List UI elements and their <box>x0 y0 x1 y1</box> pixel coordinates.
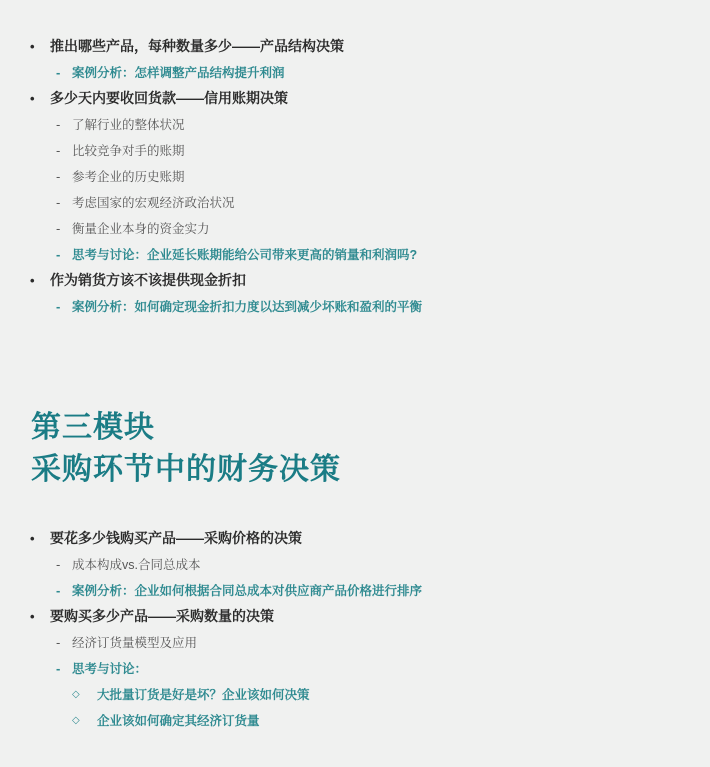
outline-item-text: 经济订货量模型及应用 <box>72 633 197 651</box>
outline-item: •多少天内要收回货款——信用账期决策 <box>0 85 710 111</box>
bottom-outline-list: •要花多少钱购买产品——采购价格的决策-成本构成vs.合同总成本-案例分析：企业… <box>0 525 710 733</box>
bullet-icon: • <box>30 609 50 624</box>
diamond-icon: ◇ <box>72 689 97 700</box>
outline-item: •要购买多少产品——采购数量的决策 <box>0 603 710 629</box>
outline-item: -了解行业的整体状况 <box>0 111 710 137</box>
outline-item: ◇大批量订货是好是坏？企业该如何决策 <box>0 681 710 707</box>
outline-item: ◇企业该如何确定其经济订货量 <box>0 707 710 733</box>
document-page: •推出哪些产品，每种数量多少——产品结构决策-案例分析：怎样调整产品结构提升利润… <box>0 0 710 767</box>
outline-item: -案例分析：怎样调整产品结构提升利润 <box>0 59 710 85</box>
outline-item-text: 要花多少钱购买产品——采购价格的决策 <box>50 528 302 548</box>
dash-icon: - <box>56 221 72 236</box>
dash-icon: - <box>56 583 72 598</box>
module-heading: 第三模块 采购环节中的财务决策 <box>0 407 710 491</box>
dash-icon: - <box>56 247 72 262</box>
outline-item-text: 多少天内要收回货款——信用账期决策 <box>50 88 288 108</box>
outline-item: •推出哪些产品，每种数量多少——产品结构决策 <box>0 33 710 59</box>
outline-item-text: 成本构成vs.合同总成本 <box>72 555 200 573</box>
outline-item: -参考企业的历史账期 <box>0 163 710 189</box>
outline-item-text: 作为销货方该不该提供现金折扣 <box>50 270 246 290</box>
outline-item: -思考与讨论： <box>0 655 710 681</box>
dash-icon: - <box>56 143 72 158</box>
outline-item-text: 参考企业的历史账期 <box>72 167 185 185</box>
outline-item: -案例分析：企业如何根据合同总成本对供应商产品价格进行排序 <box>0 577 710 603</box>
dash-icon: - <box>56 117 72 132</box>
outline-item-text: 思考与讨论：企业延长账期能给公司带来更高的销量和利润吗? <box>72 245 417 263</box>
outline-item-text: 推出哪些产品，每种数量多少——产品结构决策 <box>50 36 344 56</box>
outline-item-text: 案例分析：如何确定现金折扣力度以达到减少坏账和盈利的平衡 <box>72 297 422 315</box>
outline-item-text: 要购买多少产品——采购数量的决策 <box>50 606 274 626</box>
bullet-icon: • <box>30 531 50 546</box>
dash-icon: - <box>56 65 72 80</box>
bullet-icon: • <box>30 39 50 54</box>
dash-icon: - <box>56 557 72 572</box>
outline-item: -思考与讨论：企业延长账期能给公司带来更高的销量和利润吗? <box>0 241 710 267</box>
outline-item-text: 案例分析：企业如何根据合同总成本对供应商产品价格进行排序 <box>72 581 422 599</box>
outline-item: •要花多少钱购买产品——采购价格的决策 <box>0 525 710 551</box>
outline-item-text: 衡量企业本身的资金实力 <box>72 219 210 237</box>
outline-item-text: 大批量订货是好是坏？企业该如何决策 <box>97 685 310 703</box>
outline-item: -经济订货量模型及应用 <box>0 629 710 655</box>
outline-item: -衡量企业本身的资金实力 <box>0 215 710 241</box>
outline-item-text: 案例分析：怎样调整产品结构提升利润 <box>72 63 285 81</box>
outline-item-text: 企业该如何确定其经济订货量 <box>97 711 260 729</box>
bullet-icon: • <box>30 91 50 106</box>
bullet-icon: • <box>30 273 50 288</box>
top-outline-list: •推出哪些产品，每种数量多少——产品结构决策-案例分析：怎样调整产品结构提升利润… <box>0 33 710 319</box>
dash-icon: - <box>56 635 72 650</box>
module-heading-line2: 采购环节中的财务决策 <box>31 449 710 491</box>
module-heading-line1: 第三模块 <box>31 407 710 449</box>
dash-icon: - <box>56 299 72 314</box>
outline-item: -比较竞争对手的账期 <box>0 137 710 163</box>
outline-item: •作为销货方该不该提供现金折扣 <box>0 267 710 293</box>
outline-item: -案例分析：如何确定现金折扣力度以达到减少坏账和盈利的平衡 <box>0 293 710 319</box>
outline-item-text: 了解行业的整体状况 <box>72 115 185 133</box>
outline-item-text: 比较竞争对手的账期 <box>72 141 185 159</box>
outline-item-text: 考虑国家的宏观经济政治状况 <box>72 193 235 211</box>
diamond-icon: ◇ <box>72 715 97 726</box>
outline-item-text: 思考与讨论： <box>72 659 147 677</box>
dash-icon: - <box>56 169 72 184</box>
dash-icon: - <box>56 661 72 676</box>
outline-item: -成本构成vs.合同总成本 <box>0 551 710 577</box>
dash-icon: - <box>56 195 72 210</box>
outline-item: -考虑国家的宏观经济政治状况 <box>0 189 710 215</box>
